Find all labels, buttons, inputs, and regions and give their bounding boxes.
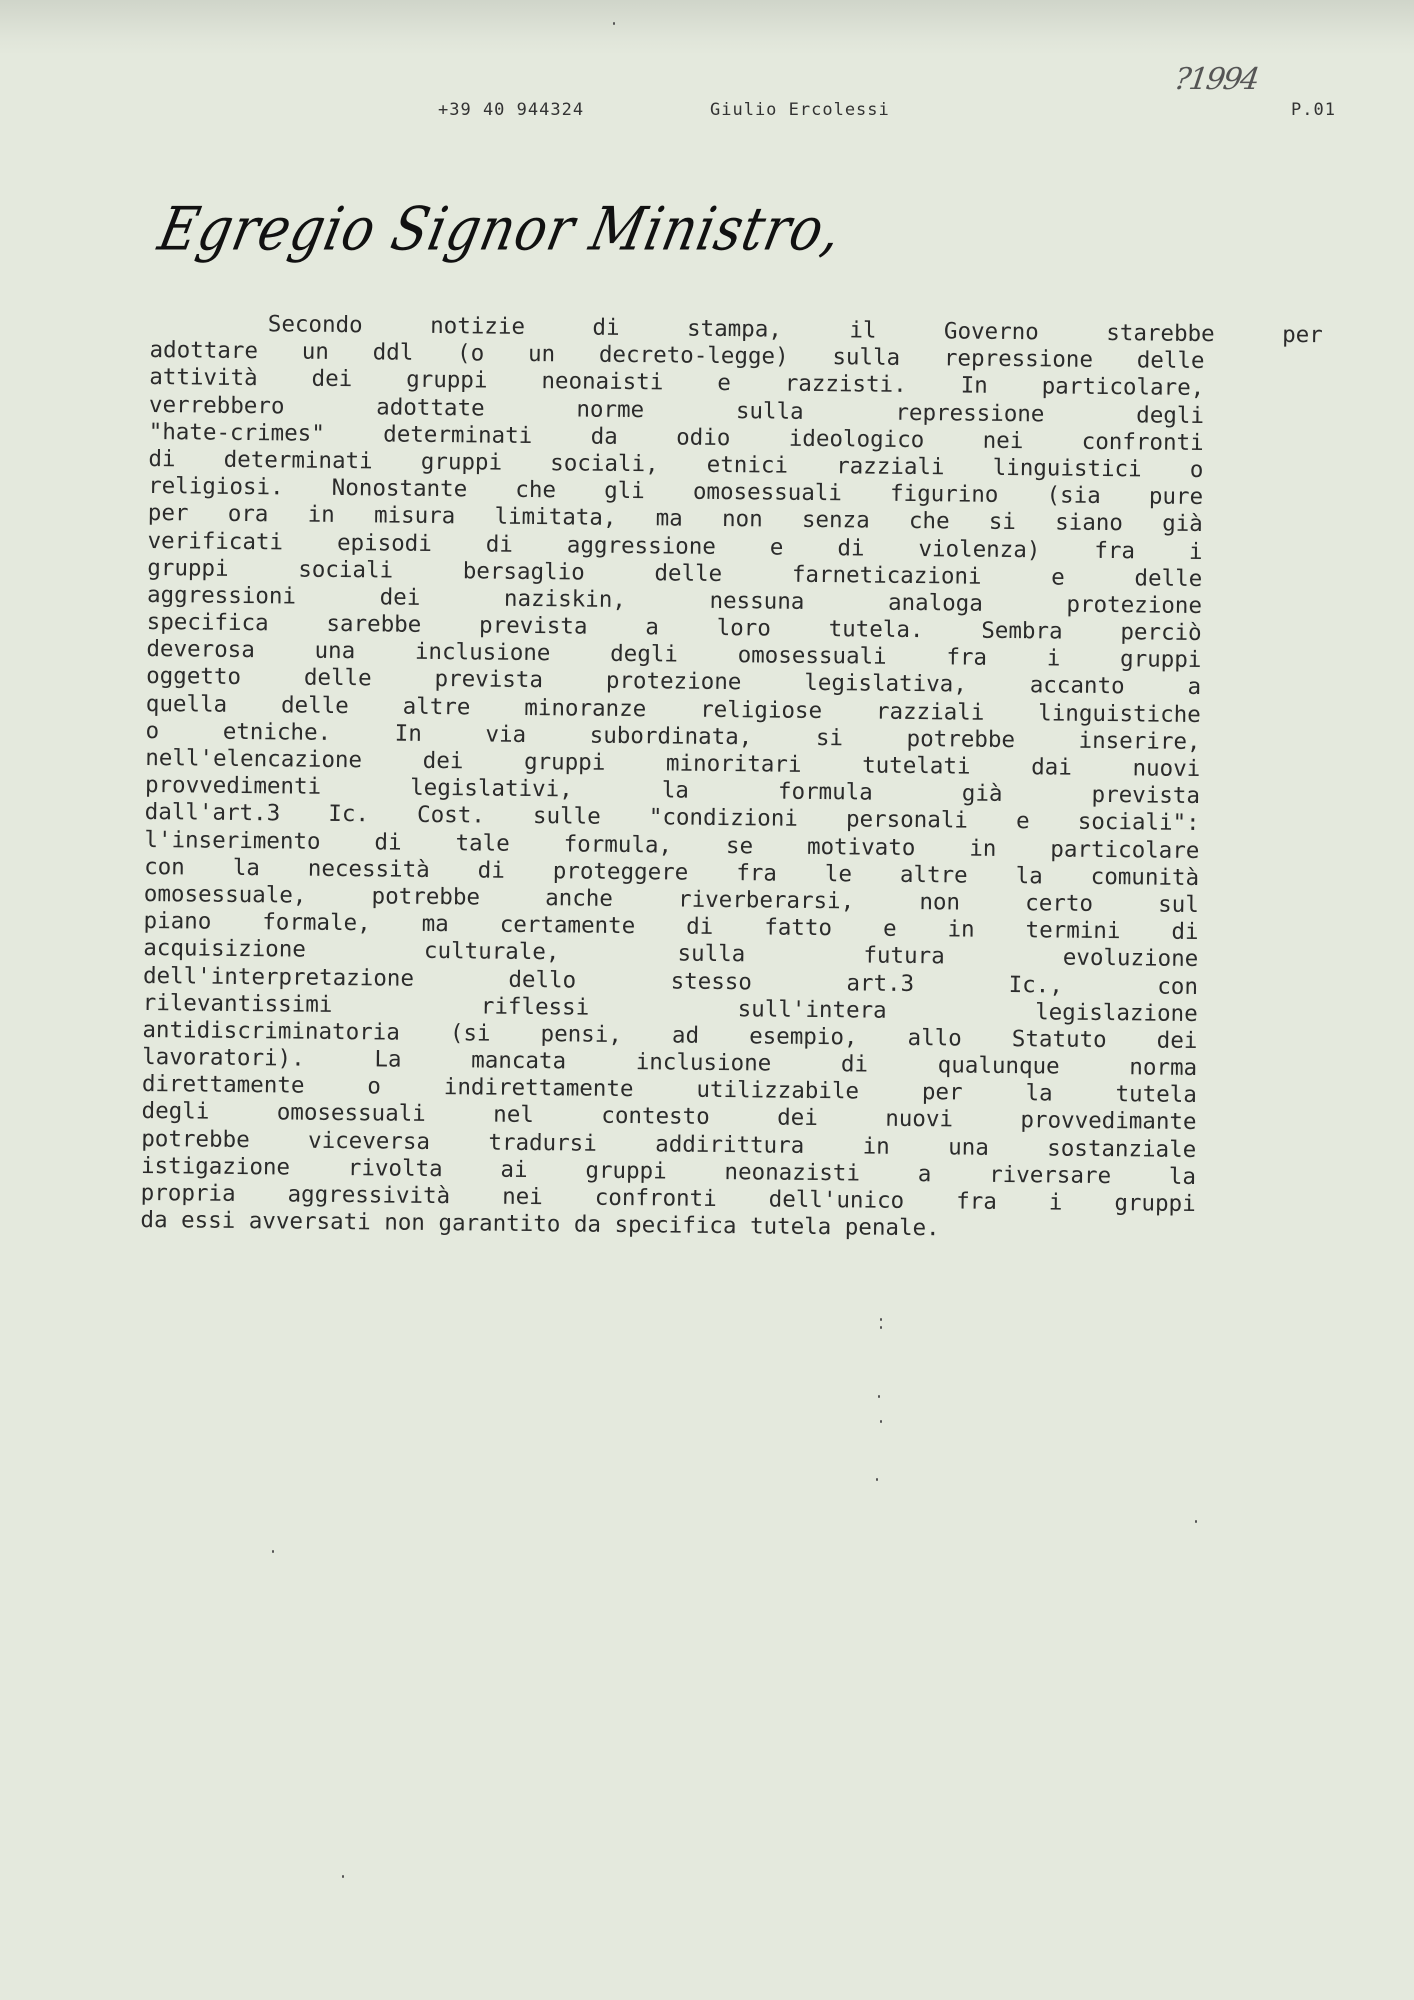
letter-body: Secondo notizie di stampa, il Governo st… (140, 310, 1205, 1245)
scan-speck (880, 1420, 882, 1423)
scan-speck (880, 1326, 882, 1329)
fax-page-number: P.01 (1291, 100, 1336, 120)
scan-speck (272, 1550, 274, 1553)
scan-noise-band (0, 0, 1414, 55)
scan-speck (342, 1875, 344, 1878)
fax-sender-name: Giulio Ercolessi (710, 100, 890, 120)
fax-phone-number: +39 40 944324 (438, 100, 584, 120)
scan-speck (1195, 1520, 1197, 1523)
scan-speck (613, 22, 615, 25)
fax-header: +39 40 944324 Giulio Ercolessi P.01 (0, 100, 1414, 124)
scan-speck (878, 1395, 880, 1398)
handwritten-salutation: Egregio Signor Ministro, (153, 196, 848, 265)
handwritten-date: ?1994 (1173, 62, 1260, 97)
scan-speck (880, 1318, 882, 1321)
scan-speck (876, 1478, 878, 1481)
